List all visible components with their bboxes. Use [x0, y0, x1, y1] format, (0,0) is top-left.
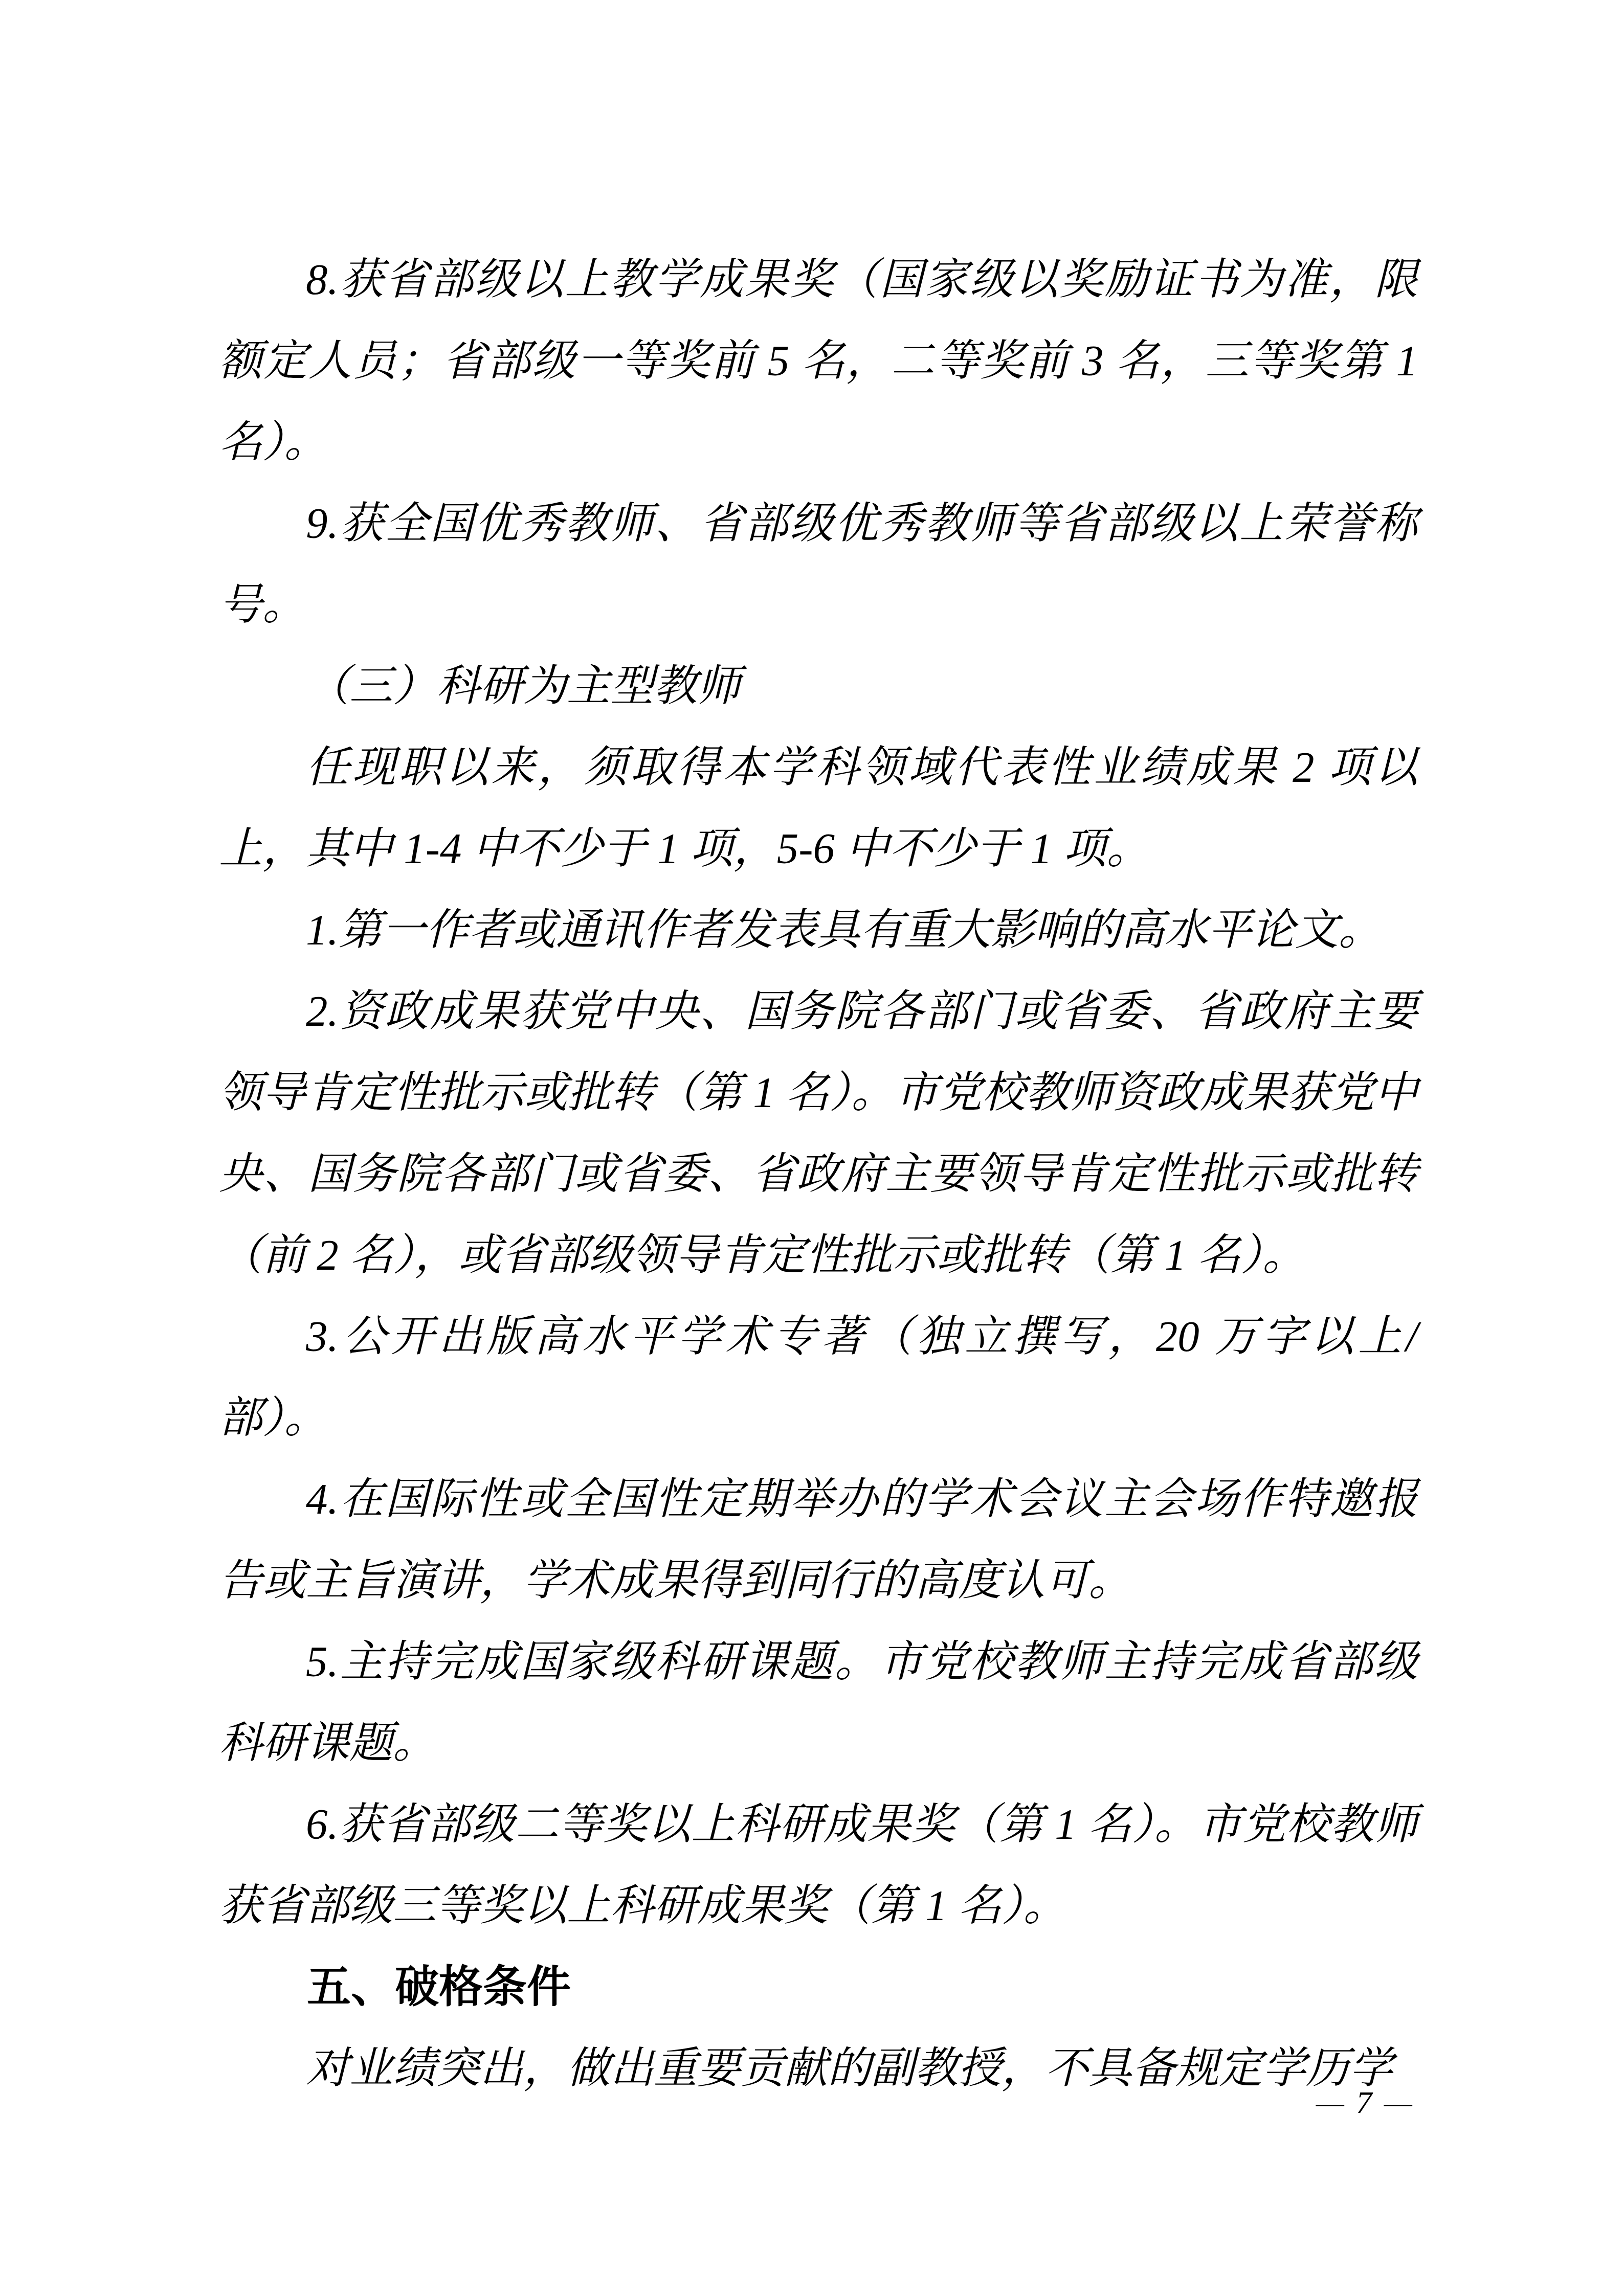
- para-breakthrough-intro: 对业绩突出，做出重要贡献的副教授，不具备规定学历学: [219, 2028, 1418, 2109]
- para-item-4: 4.在国际性或全国性定期举办的学术会议主会场作特邀报告或主旨演讲，学术成果得到同…: [219, 1459, 1418, 1622]
- para-item-5: 5.主持完成国家级科研课题。市党校教师主持完成省部级科研课题。: [219, 1622, 1418, 1784]
- subsection-heading-research-type: （三）科研为主型教师: [219, 646, 1418, 727]
- para-item-8: 8.获省部级以上教学成果奖（国家级以奖励证书为准，限额定人员；省部级一等奖前 5…: [219, 239, 1418, 483]
- page-number: — 7 —: [1316, 2084, 1414, 2122]
- para-item-1: 1.第一作者或通讯作者发表具有重大影响的高水平论文。: [219, 890, 1418, 971]
- document-body: 8.获省部级以上教学成果奖（国家级以奖励证书为准，限额定人员；省部级一等奖前 5…: [219, 239, 1418, 2109]
- para-item-6: 6.获省部级二等奖以上科研成果奖（第 1 名）。市党校教师获省部级三等奖以上科研…: [219, 1784, 1418, 1947]
- document-page: 8.获省部级以上教学成果奖（国家级以奖励证书为准，限额定人员；省部级一等奖前 5…: [0, 0, 1624, 2296]
- para-item-9: 9.获全国优秀教师、省部级优秀教师等省部级以上荣誉称号。: [219, 483, 1418, 646]
- para-research-intro: 任现职以来，须取得本学科领域代表性业绩成果 2 项以上，其中 1-4 中不少于 …: [219, 727, 1418, 890]
- para-item-3: 3.公开出版高水平学术专著（独立撰写，20 万字以上/部）。: [219, 1296, 1418, 1459]
- section-heading-breakthrough-conditions: 五、破格条件: [219, 1947, 1418, 2028]
- para-item-2: 2.资政成果获党中央、国务院各部门或省委、省政府主要领导肯定性批示或批转（第 1…: [219, 971, 1418, 1296]
